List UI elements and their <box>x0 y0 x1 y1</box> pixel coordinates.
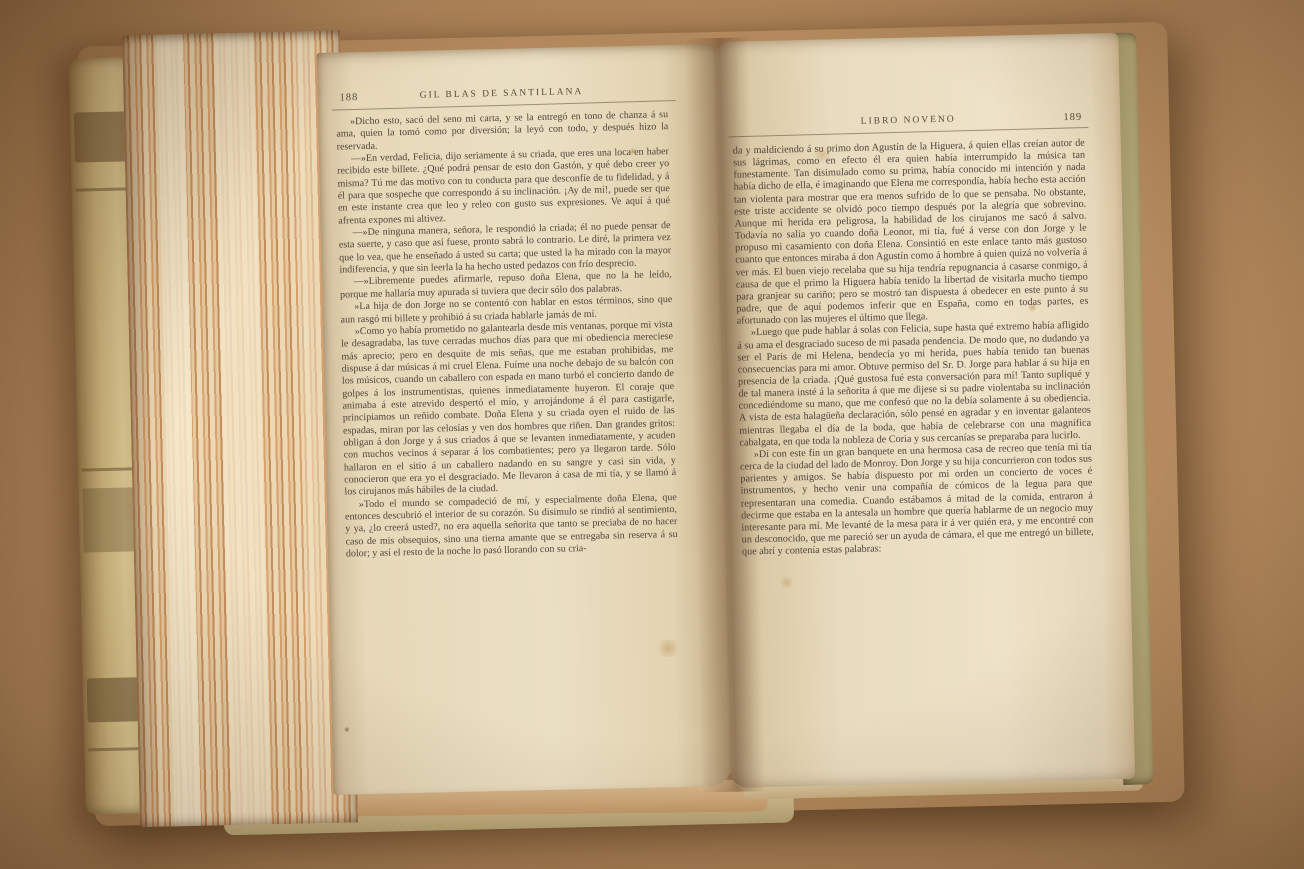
left-header-rule <box>332 100 676 111</box>
right-page-number: 189 <box>1063 112 1082 123</box>
photo-of-open-book: { "photo": { "subject": "open antique bo… <box>0 0 1304 869</box>
paragraph: »Todo el mundo se compadeció de mí, y es… <box>345 492 678 561</box>
right-running-title: LIBRO NOVENO <box>732 112 1084 130</box>
left-page-number: 188 <box>339 92 358 103</box>
paragraph: »Como yo había prometido no galantearla … <box>341 319 677 499</box>
left-running-head: 188 GIL BLAS DE SANTILLANA <box>335 85 667 103</box>
paragraph: —»De ninguna manera, señora, le respondi… <box>339 220 672 277</box>
open-book: 188 GIL BLAS DE SANTILLANA »Dicho esto, … <box>66 7 1199 837</box>
left-page-text: »Dicho esto, sacó del seno mi carta, y s… <box>336 109 682 734</box>
right-page-text: da y maldiciendo á su primo don Agustín … <box>733 138 1098 724</box>
paragraph: »Dí con este fin un gran banquete en una… <box>740 441 1094 558</box>
right-running-head: LIBRO NOVENO 189 <box>732 112 1084 130</box>
paragraph: da y maldiciendo á su primo don Agustín … <box>733 138 1089 328</box>
paragraph: »Luego que pude hablar á solas con Felic… <box>737 320 1092 450</box>
paragraph: —»En verdad, Felicia, dijo seriamente á … <box>337 146 671 228</box>
left-page: 188 GIL BLAS DE SANTILLANA »Dicho esto, … <box>317 44 734 795</box>
right-page: LIBRO NOVENO 189 da y maldiciendo á su p… <box>714 33 1135 788</box>
left-running-title: GIL BLAS DE SANTILLANA <box>335 85 667 103</box>
